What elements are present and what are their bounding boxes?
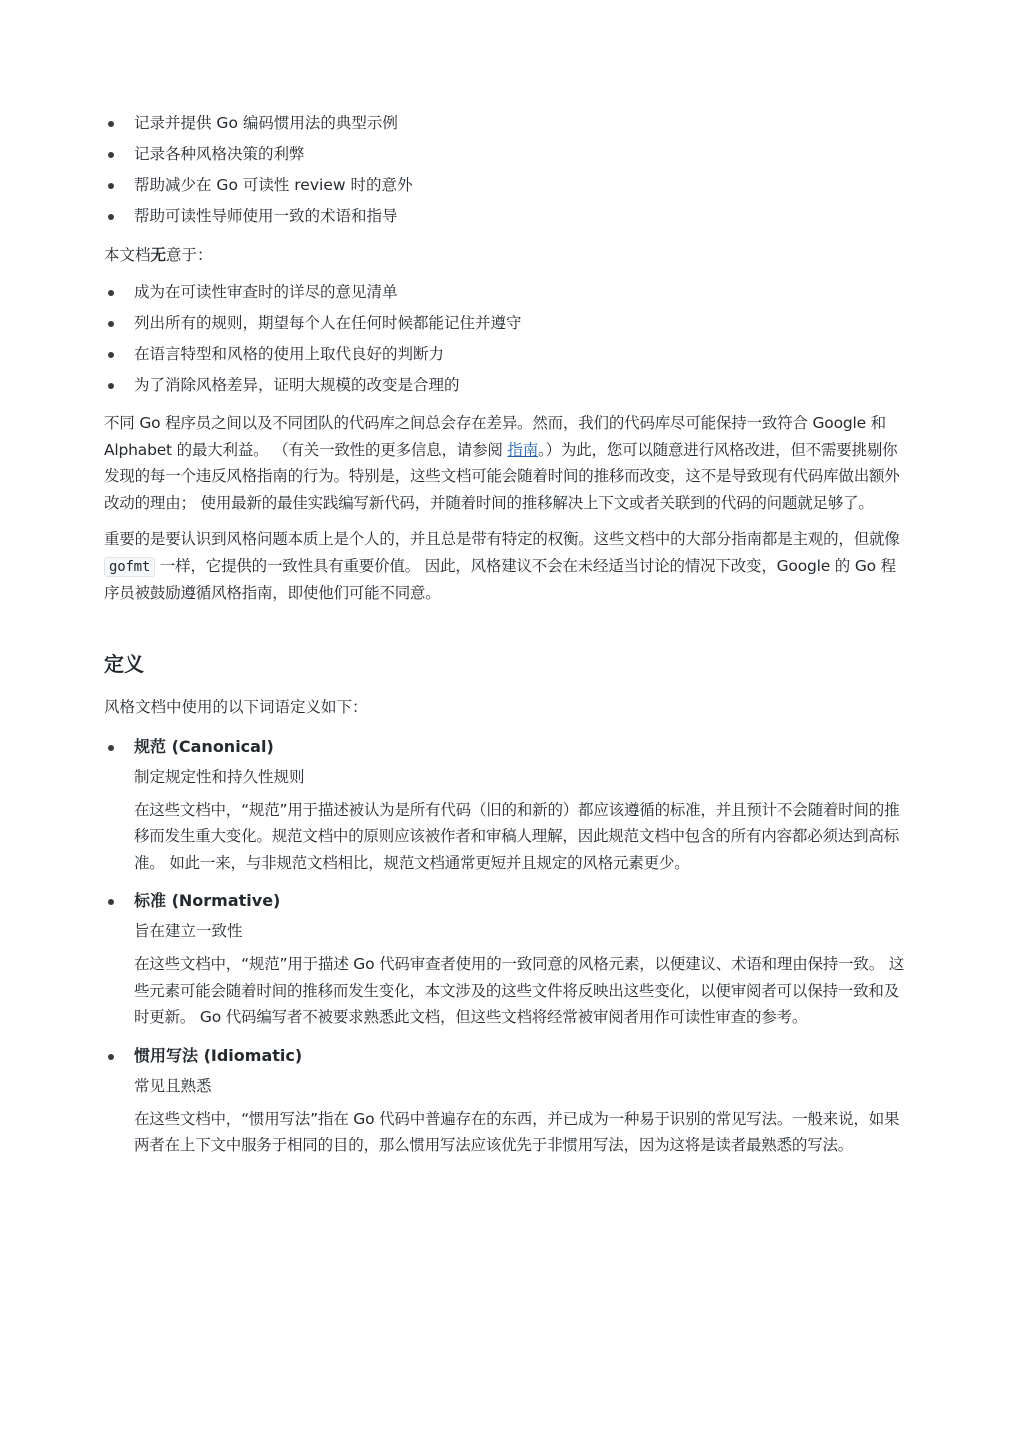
style-paragraph: 重要的是要认识到风格问题本质上是个人的，并且总是带有特定的权衡。这些文档中的大部… — [104, 526, 910, 607]
bullet-icon — [108, 290, 114, 296]
paragraph-text: 一样，它提供的一致性具有重要价值。 因此，风格建议不会在未经适当讨论的情况下改变… — [104, 557, 896, 603]
list-item-text: 为了消除风格差异，证明大规模的改变是合理的 — [134, 376, 460, 394]
definitions-intro: 风格文档中使用的以下词语定义如下： — [104, 694, 910, 726]
definition-summary: 制定规定性和持久性规则 — [134, 762, 910, 792]
goals-list: 记录并提供 Go 编码惯用法的典型示例 记录各种风格决策的利弊 帮助减少在 Go… — [104, 108, 910, 232]
definition-item-normative: 标准 (Normative) 旨在建立一致性 在这些文档中，“规范”用于描述 G… — [104, 886, 910, 1031]
list-item: 列出所有的规则，期望每个人在任何时候都能记住并遵守 — [104, 308, 910, 339]
non-goals-list: 成为在可读性审查时的详尽的意见清单 列出所有的规则，期望每个人在任何时候都能记住… — [104, 277, 910, 401]
list-item-text: 记录各种风格决策的利弊 — [134, 145, 305, 163]
list-item: 帮助减少在 Go 可读性 review 时的意外 — [104, 170, 910, 201]
label-prefix: 本文档 — [104, 246, 151, 264]
definition-summary: 常见且熟悉 — [134, 1071, 910, 1101]
definition-description: 在这些文档中，“惯用写法”指在 Go 代码中普遍存在的东西，并已成为一种易于识别… — [134, 1106, 910, 1159]
bullet-icon — [108, 321, 114, 327]
list-item: 在语言特型和风格的使用上取代良好的判断力 — [104, 339, 910, 370]
list-item: 记录并提供 Go 编码惯用法的典型示例 — [104, 108, 910, 139]
document-page: 记录并提供 Go 编码惯用法的典型示例 记录各种风格决策的利弊 帮助减少在 Go… — [104, 108, 910, 1159]
bullet-icon — [108, 745, 114, 751]
list-item-text: 帮助减少在 Go 可读性 review 时的意外 — [134, 176, 412, 194]
bullet-icon — [108, 899, 114, 905]
definition-term: 标准 (Normative) — [134, 886, 910, 916]
definition-description: 在这些文档中，“规范”用于描述被认为是所有代码（旧的和新的）都应该遵循的标准，并… — [134, 797, 910, 877]
list-item-text: 在语言特型和风格的使用上取代良好的判断力 — [134, 345, 444, 363]
definition-term: 惯用写法 (Idiomatic) — [134, 1041, 910, 1071]
list-item: 记录各种风格决策的利弊 — [104, 139, 910, 170]
guide-link[interactable]: 指南 — [507, 441, 538, 459]
list-item-text: 成为在可读性审查时的详尽的意见清单 — [134, 283, 398, 301]
non-goals-label: 本文档无意于： — [104, 241, 910, 277]
definition-term: 规范 (Canonical) — [134, 732, 910, 762]
definition-item-idiomatic: 惯用写法 (Idiomatic) 常见且熟悉 在这些文档中，“惯用写法”指在 G… — [104, 1041, 910, 1159]
label-emphasis: 无 — [151, 246, 167, 264]
list-item-text: 帮助可读性导师使用一致的术语和指导 — [134, 207, 398, 225]
list-item-text: 记录并提供 Go 编码惯用法的典型示例 — [134, 114, 398, 132]
definition-summary: 旨在建立一致性 — [134, 916, 910, 946]
definitions-heading: 定义 — [104, 647, 910, 681]
list-item-text: 列出所有的规则，期望每个人在任何时候都能记住并遵守 — [134, 314, 522, 332]
consistency-paragraph: 不同 Go 程序员之间以及不同团队的代码库之间总会存在差异。然而，我们的代码库尽… — [104, 410, 910, 516]
definition-description: 在这些文档中，“规范”用于描述 Go 代码审查者使用的一致同意的风格元素，以便建… — [134, 951, 910, 1031]
list-item: 帮助可读性导师使用一致的术语和指导 — [104, 201, 910, 232]
definition-item-canonical: 规范 (Canonical) 制定规定性和持久性规则 在这些文档中，“规范”用于… — [104, 732, 910, 877]
inline-code-gofmt: gofmt — [104, 557, 155, 577]
bullet-icon — [108, 214, 114, 220]
bullet-icon — [108, 121, 114, 127]
paragraph-text: 重要的是要认识到风格问题本质上是个人的，并且总是带有特定的权衡。这些文档中的大部… — [104, 530, 900, 548]
list-item: 成为在可读性审查时的详尽的意见清单 — [104, 277, 910, 308]
bullet-icon — [108, 352, 114, 358]
label-suffix: 意于： — [166, 246, 213, 264]
bullet-icon — [108, 183, 114, 189]
list-item: 为了消除风格差异，证明大规模的改变是合理的 — [104, 370, 910, 401]
bullet-icon — [108, 1054, 114, 1060]
bullet-icon — [108, 383, 114, 389]
bullet-icon — [108, 152, 114, 158]
